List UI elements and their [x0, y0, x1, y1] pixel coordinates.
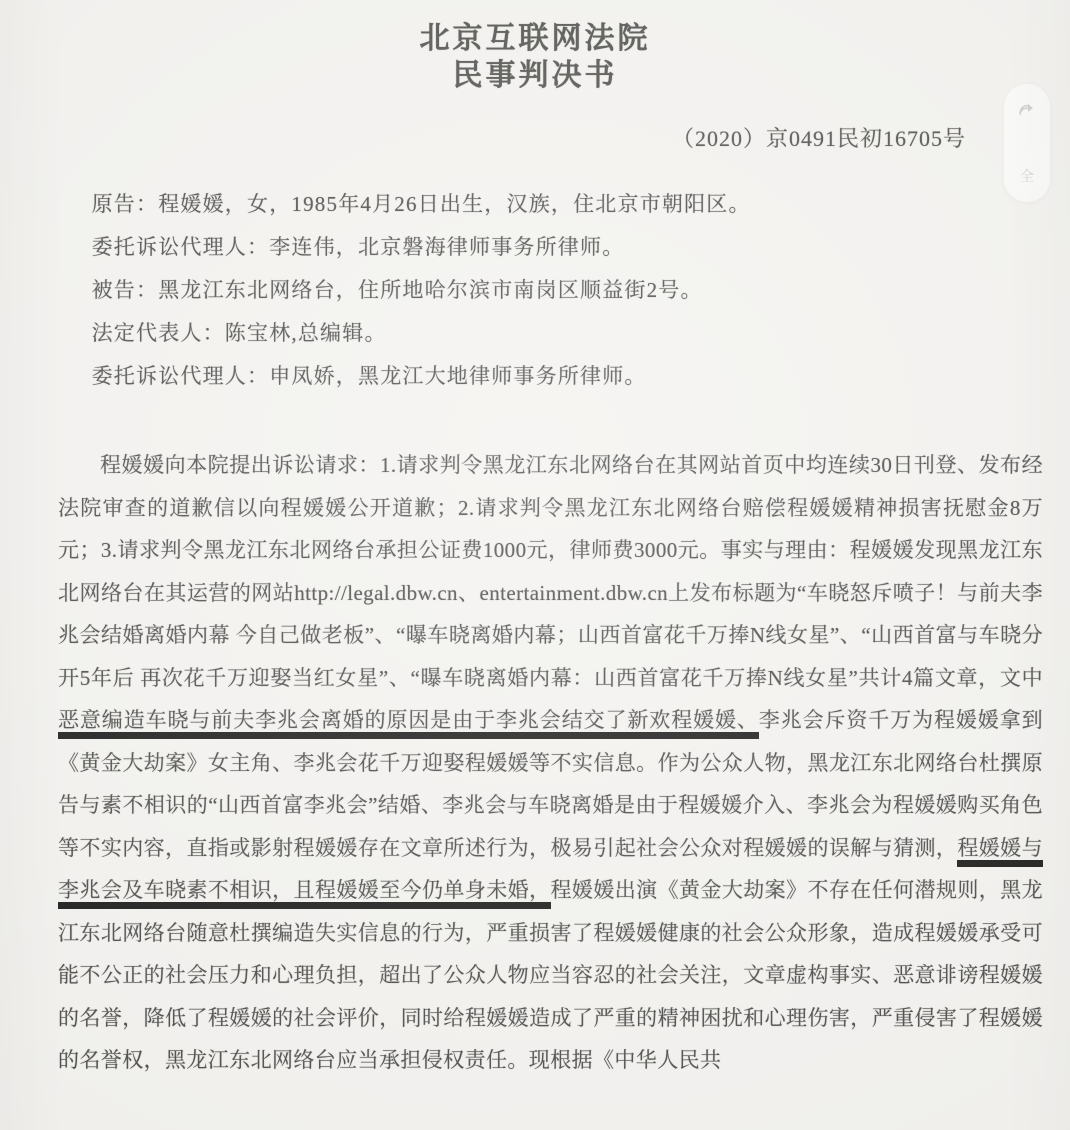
fullscreen-icon[interactable]: 全	[1017, 168, 1037, 188]
plaintiff-line: 原告：程媛媛，女，1985年4月26日出生，汉族，住北京市朝阳区。	[58, 183, 1040, 226]
court-name: 北京互联网法院	[0, 20, 1070, 57]
defendant-line: 被告：黑龙江东北网络台，住所地哈尔滨市南岗区顺益街2号。	[58, 269, 1040, 312]
body-paragraph: 程媛媛向本院提出诉讼请求：1.请求判令黑龙江东北网络台在其网站首页中均连续30日…	[58, 444, 1043, 1082]
party-information-section: 原告：程媛媛，女，1985年4月26日出生，汉族，住北京市朝阳区。 委托诉讼代理…	[0, 183, 1070, 398]
floating-side-toolbar[interactable]: 全	[1004, 84, 1050, 202]
case-number: （2020）京0491民初16705号	[0, 122, 1070, 153]
share-icon[interactable]	[1017, 98, 1037, 118]
document-header: 北京互联网法院 民事判决书	[0, 0, 1070, 94]
document-type-title: 民事判决书	[0, 57, 1070, 94]
plaintiff-agent-line: 委托诉讼代理人：李连伟，北京磐海律师事务所律师。	[58, 226, 1040, 269]
legal-representative-line: 法定代表人：陈宝林,总编辑。	[58, 312, 1040, 355]
claims-and-facts-section: 程媛媛向本院提出诉讼请求：1.请求判令黑龙江东北网络台在其网站首页中均连续30日…	[0, 444, 1070, 1082]
underlined-text-segment: 恶意编造车晓与前夫李兆会离婚的原因是由于李兆会结交了新欢程媛媛、	[58, 708, 759, 739]
body-text-segment: 程媛媛向本院提出诉讼请求：1.请求判令黑龙江东北网络台在其网站首页中均连续30日…	[58, 453, 1043, 690]
defendant-agent-line: 委托诉讼代理人：申凤娇，黑龙江大地律师事务所律师。	[58, 355, 1040, 398]
judgment-document-page: 北京互联网法院 民事判决书 （2020）京0491民初16705号 全 原告：程…	[0, 0, 1070, 1130]
